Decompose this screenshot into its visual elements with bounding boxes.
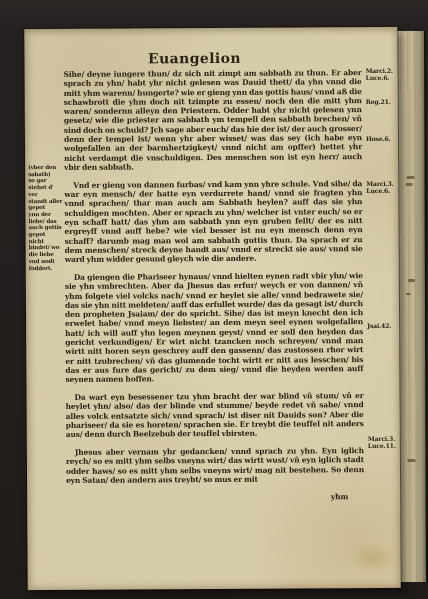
- paragraph-sabbath-grain: Sihe/ deyne iungere thun/ dz sich nit zi…: [64, 68, 363, 172]
- catchword: yhm: [66, 492, 364, 503]
- edge-bleed-mark: [407, 176, 415, 179]
- photo-background: Euangelion (vber den sabath) so gar steh…: [0, 0, 428, 599]
- running-header: Euangelion: [24, 50, 364, 68]
- main-text-block: Sihe/ deyne iungere thun/ dz sich nit zi…: [64, 68, 365, 503]
- paragraph-kingdom-divided: Jhesus aber vernam yhr gedancken/ vnnd s…: [66, 446, 364, 485]
- edge-bleed-mark: [406, 293, 411, 295]
- edge-bleed-mark: [408, 459, 416, 462]
- paragraph-isaiah-prophecy: Da giengen die Phariseer hynaus/ vnnd hi…: [65, 271, 364, 384]
- margin-ref-marci2-luce6: Marci.2. Luce.6.: [366, 68, 399, 83]
- margin-ref-marci3-luce6: Marci.3. Luce.6.: [366, 181, 399, 196]
- paper-stain: [349, 543, 397, 573]
- edge-bleed-mark: [408, 279, 415, 282]
- margin-ref-hose6: Hose.6.: [366, 136, 399, 144]
- paragraph-blind-mute: Da wart eyn besessener tzu yhm bracht de…: [66, 391, 364, 439]
- book-fore-edge: [397, 31, 428, 582]
- margin-ref-reg21: Reg.21.: [366, 99, 399, 107]
- paragraph-withered-hand: Vnd er gieng von dannen furbas/ vnd kam …: [64, 179, 363, 264]
- left-margin-gloss: (vber den sabath) so gar stehet d' ver s…: [28, 165, 64, 272]
- margin-ref-marci3-luce11: Marci.3. Luce.11.: [368, 436, 401, 451]
- margin-ref-jsai42: Jsai.42.: [367, 323, 400, 331]
- edge-bleed-mark: [406, 183, 413, 186]
- book-page: Euangelion (vber den sabath) so gar steh…: [24, 27, 400, 590]
